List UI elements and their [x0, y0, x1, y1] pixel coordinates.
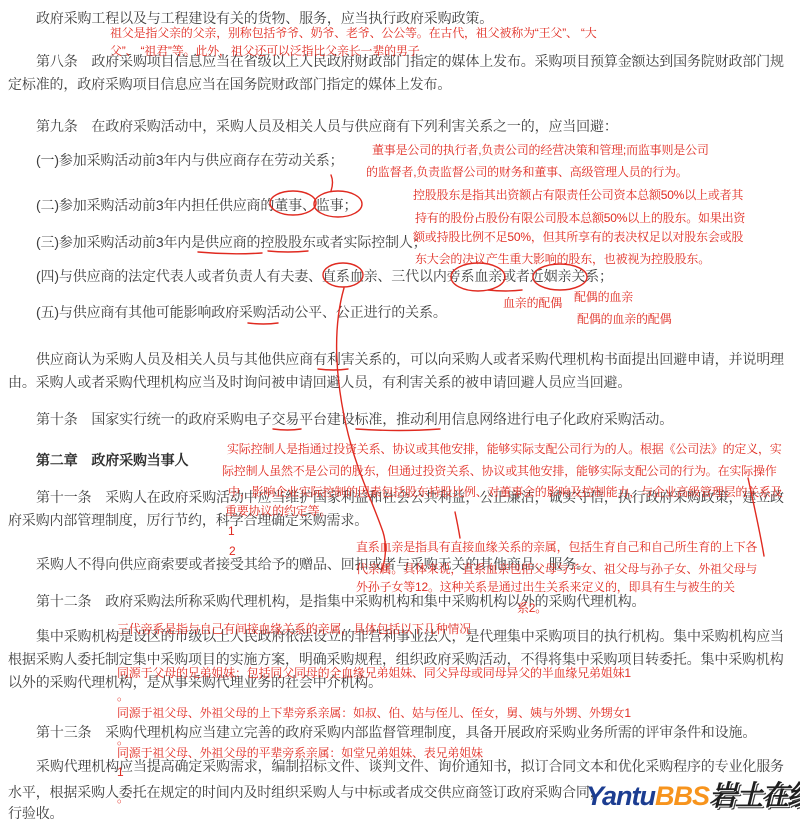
annotation-line: 三代旁系是指与自己有间接血缘关系的亲属，具体包括以下几种情况	[117, 622, 471, 637]
doc-line: 水平，根据采购人委托在规定的时间内及时组织采购人与中标或者成交供应商签订政府采购…	[8, 782, 604, 802]
annotation-mark: 2	[229, 544, 235, 559]
doc-line: 第十条 国家实行统一的政府采购电子交易平台建设标准，推动利用信息网络进行电子化政…	[36, 409, 673, 429]
annotation-line: 持有的股份占股份有限公司股本总额50%以上的股东。如果出资	[415, 211, 745, 226]
annotation-line: 系2。	[517, 601, 547, 616]
annotation-line: 额或持股比例不足50%，但其所享有的表决权足以对股东会或股	[413, 230, 743, 245]
annotation-line: 祖父是指父亲的父亲，别称包括爷爷、奶爷、老爷、公公等。在古代，祖父被称为“王父”…	[110, 26, 597, 41]
doc-line: 由。采购人或者采购代理机构应当及时询问被申请回避人员，有利害关系的被申请回避人员…	[8, 372, 631, 392]
annotation-mark: 1	[117, 765, 123, 780]
annotation-mark: 。	[117, 689, 129, 704]
annotation-line: 同源于父母的兄弟姐妹：包括同父同母的全血缘兄弟姐妹、同父异母或同母异父的半血缘兄…	[117, 666, 631, 681]
annotation-line: 血亲的配偶	[503, 296, 562, 311]
doc-line: 政府采购工程以及与工程建设有关的货物、服务，应当执行政府采购政策。	[36, 8, 493, 28]
annotation-line: 东大会的决议产生重大影响的股东，也被视为控股股东。	[415, 252, 710, 267]
annotation-line: 的监督者,负责监督公司的财务和董事、高级管理人员的行为。	[366, 165, 688, 180]
annotation-line: 父”、 “祖君”等。此外，祖父还可以泛指比父亲长一辈的男子	[110, 44, 420, 59]
underline-youli	[318, 369, 348, 370]
annotation-line: 代亲属。具体来说，直系血亲包括父母与子女、祖父母与孙子女、外祖父母与	[356, 562, 757, 577]
underline-item3-a	[198, 252, 262, 254]
annotation-line: 配偶的血亲的配偶	[577, 312, 671, 327]
document-page: 政府采购工程以及与工程建设有关的货物、服务，应当执行政府采购政策。 第八条 政府…	[0, 0, 800, 822]
doc-line: (二)参加采购活动前3年内担任供应商的董事、监事；	[36, 195, 357, 215]
doc-line: 第十三条 采购代理机构应当建立完善的政府采购内部监督管理制度，具备开展政府采购业…	[36, 722, 756, 742]
watermark: YantuBBS岩土在线	[586, 774, 800, 814]
annotation-line: 实际控制人是指通过投资关系、协议或其他安排，能够实际支配公司行为的人。根据《公司…	[227, 442, 782, 457]
tick-mark-left	[455, 512, 460, 538]
chapter-heading: 第二章 政府采购当事人	[36, 450, 188, 470]
underline-xueqin	[488, 290, 522, 291]
annotation-line: 外孙子女等12。这种关系是通过出生关系来定义的，即具有生与被生的关	[356, 580, 735, 595]
annotation-mark: 1	[228, 524, 234, 539]
circle-jianshi-tail	[331, 175, 333, 191]
underline-jiaoyi	[273, 429, 301, 430]
annotation-line: 配偶的血亲	[574, 290, 633, 305]
underline-item5	[248, 323, 278, 324]
watermark-yantu: Yantu	[586, 781, 655, 811]
annotation-line: 控股股东是指其出资额占有限责任公司资本总额50%以上或者其	[413, 188, 743, 203]
annotation-line: 同源于祖父母、外祖父母的上下辈旁系亲属：如叔、伯、姑与侄儿、侄女，舅、姨与外甥、…	[117, 706, 631, 721]
doc-line: (三)参加采购活动前3年内是供应商的控股股东或者实际控制人；	[36, 232, 427, 252]
annotation-line: 同源于祖父母、外祖父母的平辈旁系亲属：如堂兄弟姐妹、表兄弟姐妹	[117, 746, 483, 761]
annotation-line: 重要协议的约定等。	[225, 504, 331, 519]
doc-line: 第九条 在政府采购活动中，采购人员及相关人员与供应商有下列利害关系之一的，应当回…	[36, 116, 618, 136]
doc-line: 行验收。	[8, 803, 63, 822]
watermark-cn: 岩土在线	[709, 780, 800, 811]
annotation-line: 直系血亲是指具有直接血缘关系的亲属，包括生育自己和自己所生育的上下各	[356, 540, 757, 555]
watermark-bbs: BBS	[655, 781, 709, 811]
annotation-mark: 。	[117, 791, 129, 806]
doc-line: (五)与供应商有其他可能影响政府采购活动公平、公正进行的关系。	[36, 302, 447, 322]
doc-line: (一)参加采购活动前3年内与供应商存在劳动关系；	[36, 150, 344, 170]
doc-line: (四)与供应商的法定代表人或者负责人有夫妻、直系血亲、三代以内旁系血亲或者近姻亲…	[36, 266, 613, 286]
annotation-line: 中，影响企业实际控制的因素包括股东持股比例、对董事会的影响及控制能力，与企业高级…	[228, 485, 783, 500]
annotation-line: 董事是公司的执行者,负责公司的经营决策和管理;而监事则是公司	[372, 143, 709, 158]
annotation-line: 际控制人虽然不是公司的股东，但通过投资关系、协议或其他安排，能够实际支配公司的行…	[222, 464, 777, 479]
underline-biaozhun	[356, 429, 440, 431]
doc-line: 定标准的，政府采购项目信息应当在国务院财政部门指定的媒体上发布。	[8, 74, 451, 94]
doc-line: 供应商认为采购人员及相关人员与其他供应商有利害关系的，可以向采购人或者采购代理机…	[36, 349, 784, 369]
